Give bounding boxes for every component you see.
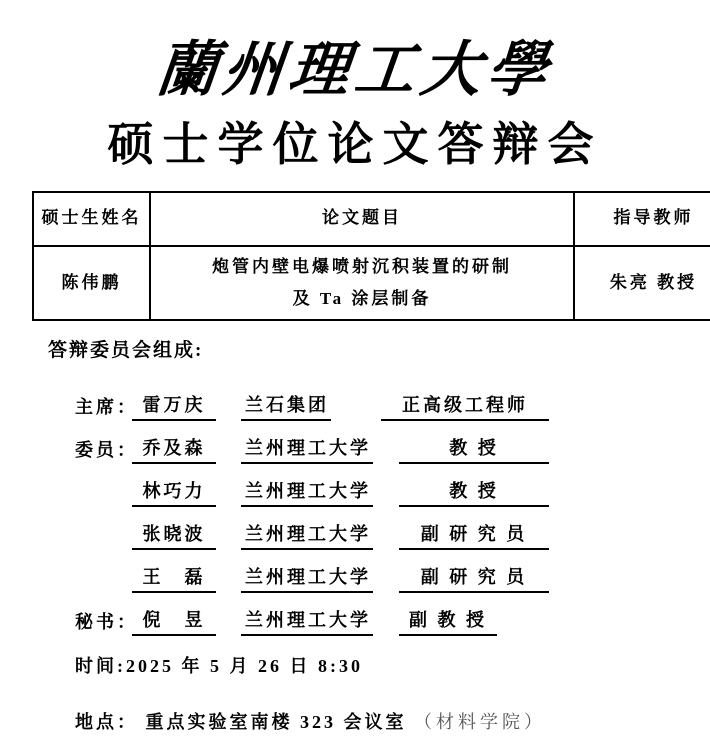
cell-advisor: 朱亮 教授 [574, 246, 710, 321]
member-name: 林巧力 [132, 477, 216, 507]
committee-row-member: 林巧力 兰州理工大学 教 授 [75, 464, 710, 507]
header-thesis-title: 论文题目 [150, 192, 574, 246]
member-unit: 兰州理工大学 [241, 520, 373, 550]
defense-info-table: 硕士生姓名 论文题目 指导教师 陈伟鹏 炮管内壁电爆喷射沉积装置的研制 及 Ta… [32, 191, 710, 322]
defense-time: 时间:2025 年 5 月 26 日 8:30 [75, 652, 710, 678]
member-title: 副 研 究 员 [399, 563, 549, 593]
page-title: 硕士学位论文答辩会 [0, 120, 710, 171]
role-label [75, 505, 132, 507]
committee-row-chairman: 主席： 雷万庆 兰石集团 正高级工程师 [75, 378, 710, 421]
member-name: 倪 昱 [132, 606, 216, 636]
member-name: 张晓波 [132, 520, 216, 550]
cell-student-name: 陈伟鹏 [33, 246, 150, 321]
member-unit: 兰石集团 [241, 391, 331, 421]
member-title: 教 授 [399, 434, 549, 464]
thesis-title-line1: 炮管内壁电爆喷射沉积装置的研制 [157, 251, 567, 283]
university-calligraphy-logo: 蘭州理工大學 [0, 34, 710, 106]
location-label: 地点： [75, 712, 138, 732]
defense-announcement-document: 蘭州理工大學 硕士学位论文答辩会 硕士生姓名 论文题目 指导教师 陈伟鹏 炮管内… [0, 0, 710, 755]
role-label: 委员： [75, 436, 132, 464]
member-title: 副 教 授 [399, 606, 497, 636]
committee-row-secretary: 秘书： 倪 昱 兰州理工大学 副 教 授 [75, 593, 710, 636]
header-student-name: 硕士生姓名 [33, 192, 150, 246]
thesis-title-line2: 及 Ta 涂层制备 [157, 283, 567, 315]
member-name: 雷万庆 [132, 391, 216, 421]
cell-thesis-title: 炮管内壁电爆喷射沉积装置的研制 及 Ta 涂层制备 [150, 246, 574, 321]
role-label [75, 548, 132, 550]
member-title: 教 授 [399, 477, 549, 507]
committee-row-member: 王 磊 兰州理工大学 副 研 究 员 [75, 550, 710, 593]
member-unit: 兰州理工大学 [241, 563, 373, 593]
member-unit: 兰州理工大学 [241, 477, 373, 507]
member-name: 乔及森 [132, 434, 216, 464]
role-label: 秘书： [75, 608, 132, 636]
location-value: 重点实验室南楼 323 会议室 [146, 712, 407, 732]
role-label [75, 591, 132, 593]
member-unit: 兰州理工大学 [241, 606, 373, 636]
committee-row-member: 委员： 乔及森 兰州理工大学 教 授 [75, 421, 710, 464]
header-advisor: 指导教师 [574, 192, 710, 246]
committee-list: 主席： 雷万庆 兰石集团 正高级工程师 委员： 乔及森 兰州理工大学 教 授 林… [75, 378, 710, 636]
member-name: 王 磊 [132, 563, 216, 593]
defense-location: 地点： 重点实验室南楼 323 会议室 （材料学院） [75, 708, 710, 734]
table-header-row: 硕士生姓名 论文题目 指导教师 [33, 192, 710, 246]
member-title: 副 研 究 员 [399, 520, 549, 550]
committee-row-member: 张晓波 兰州理工大学 副 研 究 员 [75, 507, 710, 550]
role-label: 主席： [75, 393, 132, 421]
location-note: （材料学院） [414, 712, 546, 732]
committee-section-label: 答辩委员会组成: [48, 335, 710, 362]
table-row: 陈伟鹏 炮管内壁电爆喷射沉积装置的研制 及 Ta 涂层制备 朱亮 教授 [33, 246, 710, 321]
member-unit: 兰州理工大学 [241, 434, 373, 464]
member-title: 正高级工程师 [381, 391, 549, 421]
